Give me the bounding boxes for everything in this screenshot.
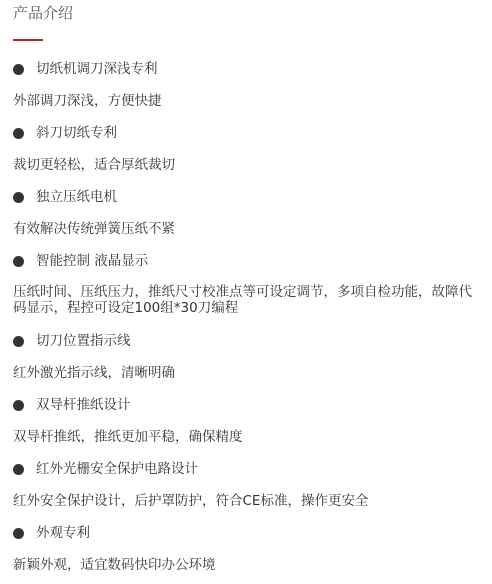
bullet-icon (13, 128, 24, 139)
bullet-icon (13, 528, 24, 539)
feature-heading: 双导杆推纸设计 (13, 396, 131, 414)
feature-heading-text: 切纸机调刀深浅专利 (36, 60, 158, 78)
feature-heading-text: 外观专利 (36, 524, 90, 542)
feature-heading-text: 独立压纸电机 (36, 188, 117, 206)
feature-heading-text: 智能控制 液晶显示 (36, 252, 148, 270)
feature-heading-text: 斜刀切纸专利 (36, 124, 117, 142)
feature-heading: 斜刀切纸专利 (13, 124, 117, 142)
feature-heading: 切纸机调刀深浅专利 (13, 60, 158, 78)
feature-description: 红外激光指示线，清晰明确 (13, 365, 483, 381)
bullet-icon (13, 336, 24, 347)
feature-description: 有效解决传统弹簧压纸不紧 (13, 221, 483, 237)
feature-heading: 智能控制 液晶显示 (13, 252, 148, 270)
feature-description: 压纸时间、压纸压力，推纸尺寸校准点等可设定调节，多项自检功能，故障代码显示，程控… (13, 284, 483, 316)
feature-description: 红外安全保护设计，后护罩防护，符合CE标准，操作更安全 (13, 493, 483, 509)
feature-heading: 红外光栅安全保护电路设计 (13, 460, 198, 478)
feature-heading-text: 双导杆推纸设计 (36, 396, 131, 414)
section-title: 产品介绍 (13, 3, 73, 23)
feature-description: 外部调刀深浅，方便快捷 (13, 93, 483, 109)
feature-heading: 切刀位置指示线 (13, 332, 131, 350)
bullet-icon (13, 400, 24, 411)
feature-heading-text: 红外光栅安全保护电路设计 (36, 460, 198, 478)
bullet-icon (13, 64, 24, 75)
feature-heading: 独立压纸电机 (13, 188, 117, 206)
bullet-icon (13, 192, 24, 203)
bullet-icon (13, 256, 24, 267)
feature-heading-text: 切刀位置指示线 (36, 332, 131, 350)
feature-description: 裁切更轻松，适合厚纸裁切 (13, 157, 483, 173)
feature-heading: 外观专利 (13, 524, 90, 542)
feature-description: 新颖外观，适宜数码快印办公环境 (13, 557, 483, 573)
feature-description: 双导杆推纸，推纸更加平稳，确保精度 (13, 429, 483, 445)
bullet-icon (13, 464, 24, 475)
title-underline (13, 39, 43, 41)
